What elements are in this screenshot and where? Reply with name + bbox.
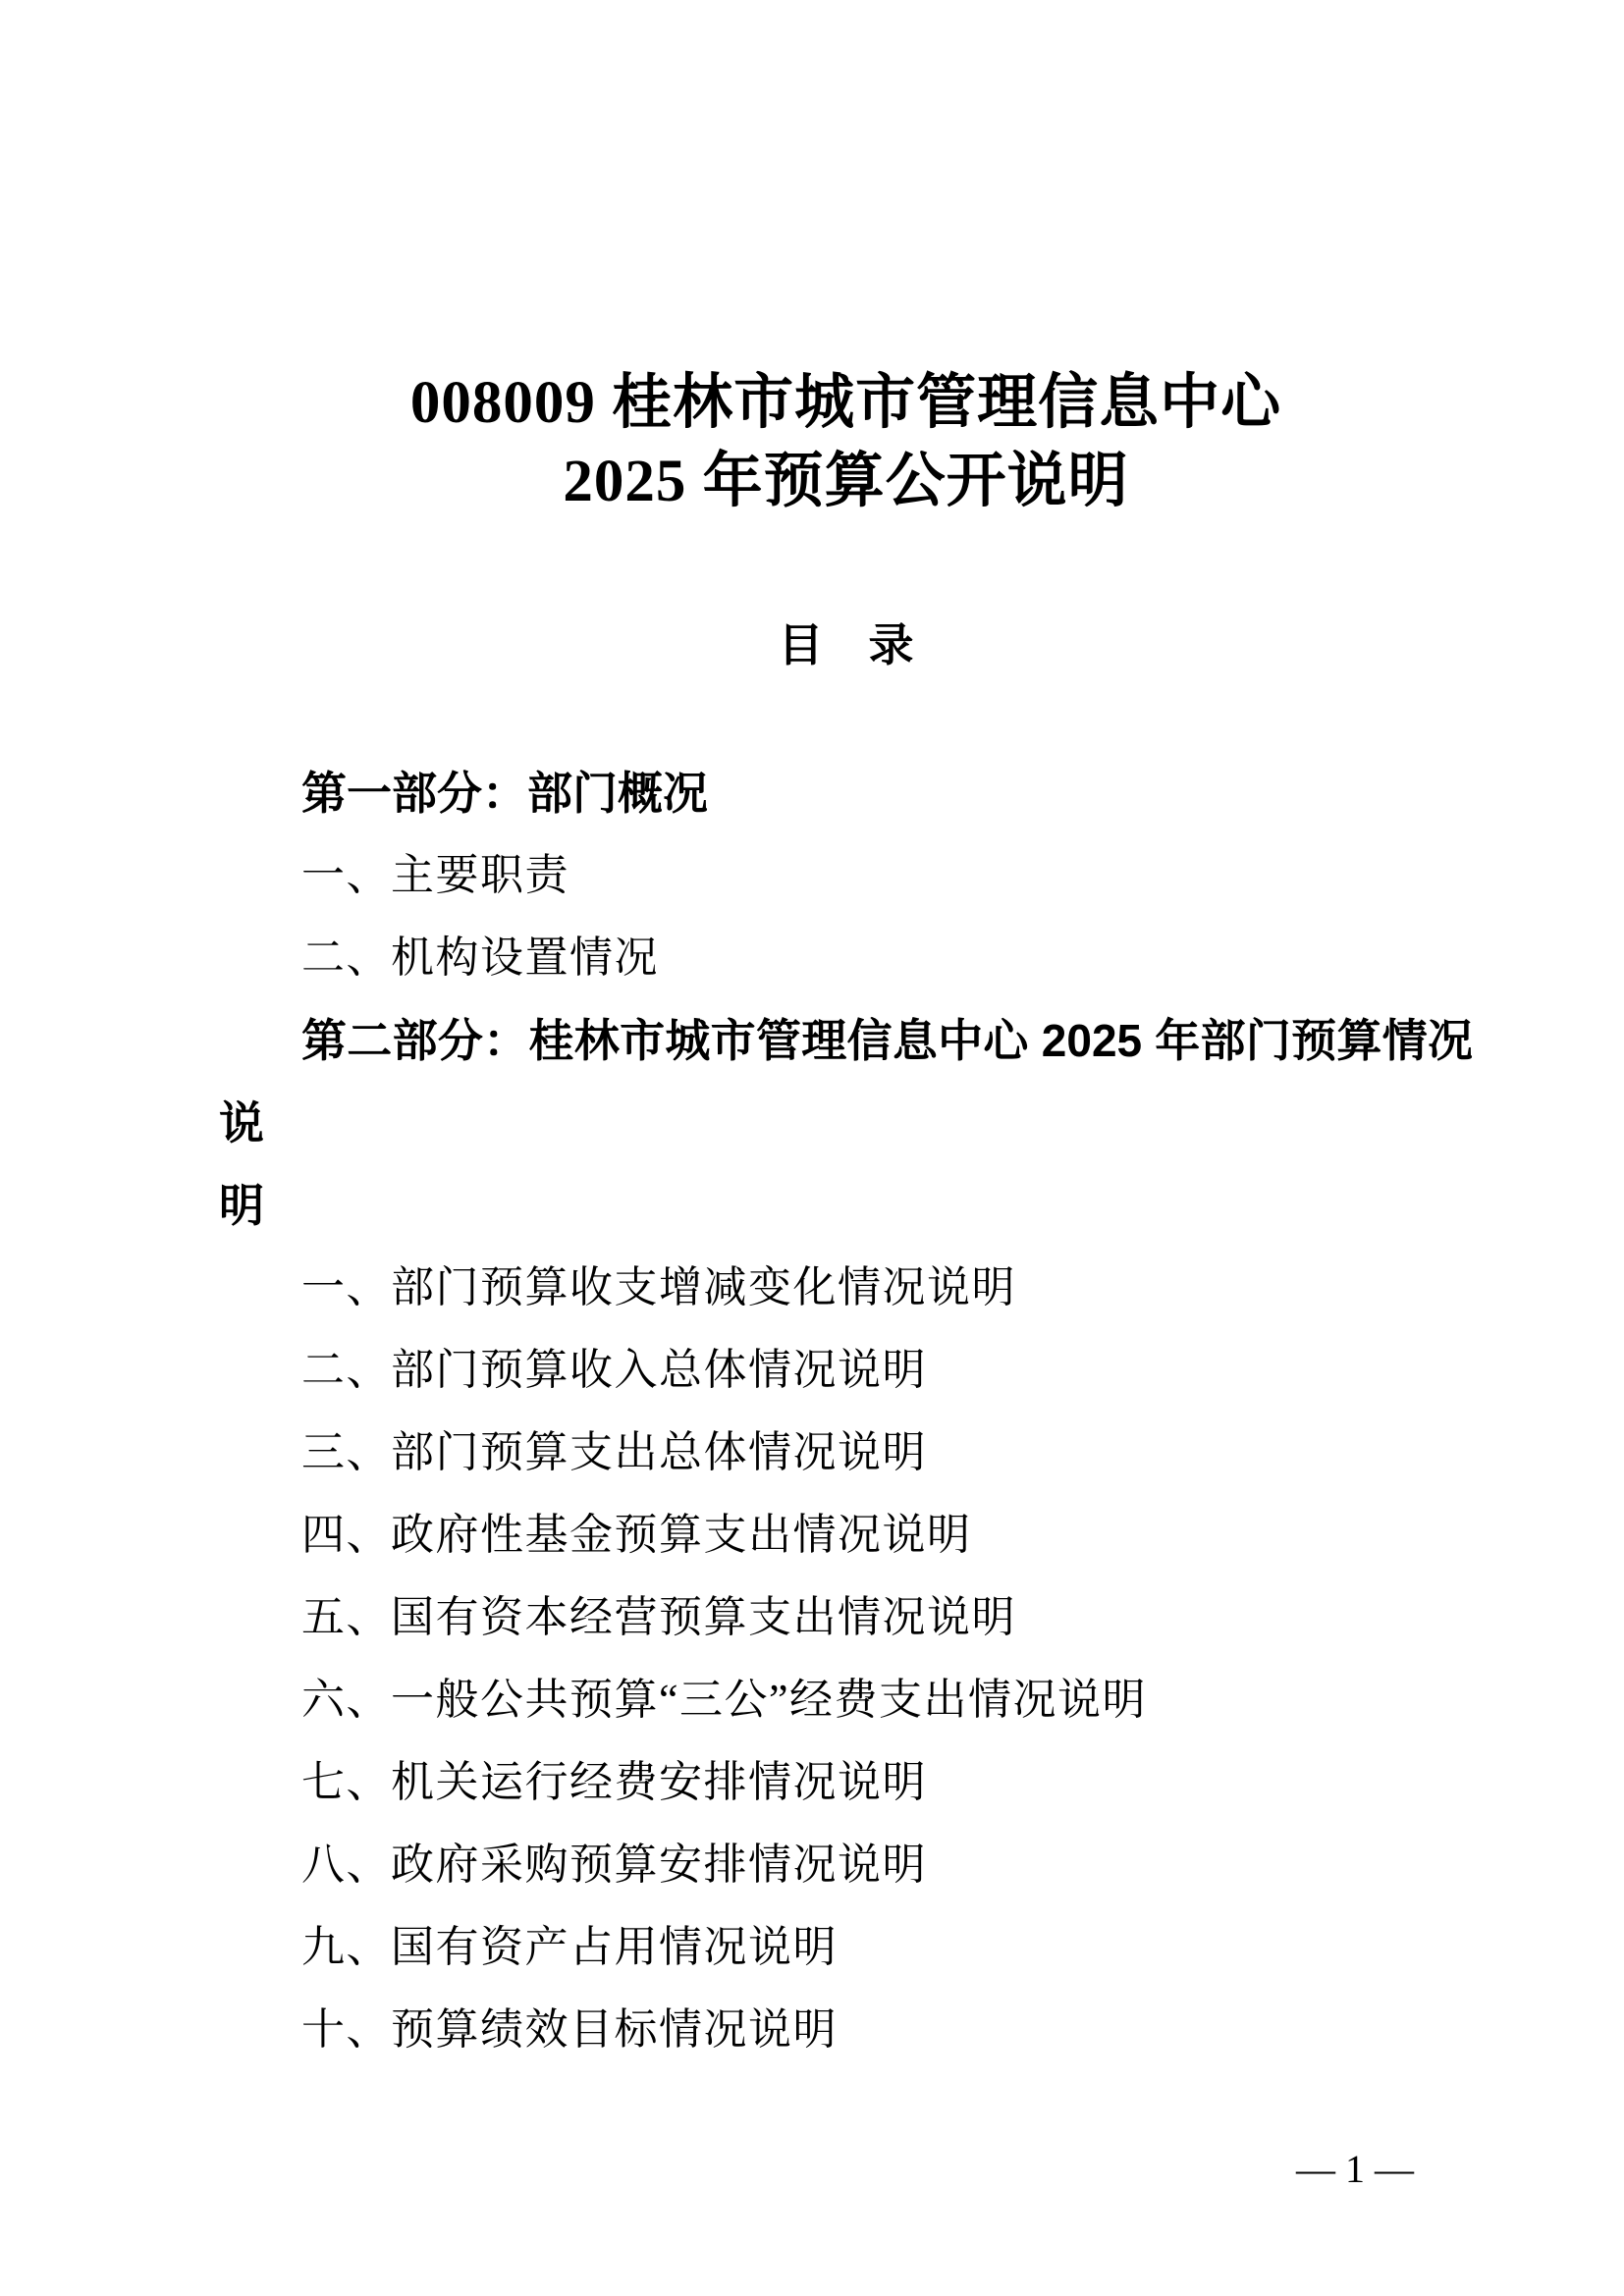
toc-item-performance-targets: 十、预算绩效目标情况说明 (219, 1989, 1473, 2071)
document-title: 008009 桂林市城市管理信息中心 2025 年预算公开说明 (219, 364, 1473, 521)
toc-item-govt-procurement: 八、政府采购预算安排情况说明 (219, 1824, 1473, 1906)
toc-item-budget-change: 一、部门预算收支增减变化情况说明 (219, 1247, 1473, 1329)
toc-item-revenue-overview: 二、部门预算收入总体情况说明 (219, 1329, 1473, 1412)
document-title-line-1: 008009 桂林市城市管理信息中心 (219, 364, 1473, 443)
toc-part2-heading-line2: 明 (219, 1164, 1473, 1247)
toc-item-expenditure-overview: 三、部门预算支出总体情况说明 (219, 1412, 1473, 1494)
toc-item-org-structure: 二、机构设置情况 (219, 917, 1473, 999)
toc-item-state-assets: 九、国有资产占用情况说明 (219, 1906, 1473, 1989)
toc-heading: 目 录 (219, 606, 1473, 684)
toc-part1-heading: 第一部分：部门概况 (219, 752, 1473, 834)
document-page: 008009 桂林市城市管理信息中心 2025 年预算公开说明 目 录 第一部分… (0, 0, 1624, 2296)
toc-part2-heading-line1: 第二部分：桂林市城市管理信息中心 2025 年部门预算情况说 (219, 999, 1473, 1164)
toc-item-three-public-expenses: 六、一般公共预算“三公”经费支出情况说明 (219, 1659, 1473, 1741)
toc-item-state-capital-expenditure: 五、国有资本经营预算支出情况说明 (219, 1576, 1473, 1659)
toc-list: 第一部分：部门概况 一、主要职责 二、机构设置情况 第二部分：桂林市城市管理信息… (219, 752, 1473, 2071)
document-title-line-2: 2025 年预算公开说明 (219, 443, 1473, 521)
toc-item-main-duties: 一、主要职责 (219, 834, 1473, 917)
toc-item-operating-expenses: 七、机关运行经费安排情况说明 (219, 1741, 1473, 1824)
toc-item-govt-fund-expenditure: 四、政府性基金预算支出情况说明 (219, 1494, 1473, 1576)
page-number: — 1 — (219, 2142, 1414, 2197)
